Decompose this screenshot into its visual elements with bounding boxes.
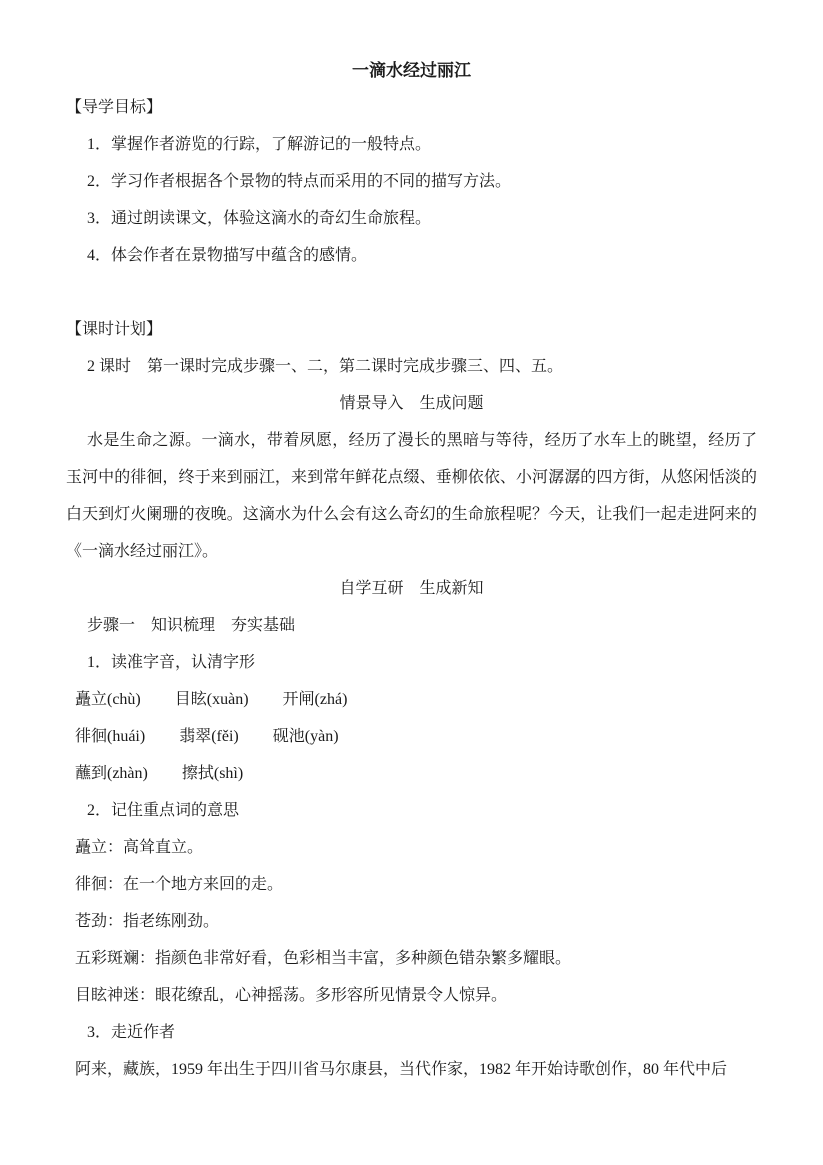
lesson-plan-heading: 【课时计划】 [66, 311, 757, 348]
pinyin-term: 翡翠(fěi) [179, 718, 239, 755]
pinyin-term: 目眩(xuàn) [175, 681, 249, 718]
guide-goal-item-4: 4．体会作者在景物描写中蕴含的感情。 [66, 237, 757, 274]
self-study-heading: 自学互研 生成新知 [66, 570, 757, 607]
pinyin-term: 蘸到(zhàn) [75, 755, 148, 792]
blank-line [66, 274, 757, 311]
pinyin-term: 矗立(chù) [75, 681, 141, 718]
guide-goal-item-3: 3．通过朗读课文，体验这滴水的奇幻生命旅程。 [66, 200, 757, 237]
author-intro: 阿来，藏族，1959 年出生于四川省马尔康县，当代作家，1982 年开始诗歌创作… [66, 1051, 757, 1088]
pinyin-row-2: 徘徊(huái) 翡翠(fěi) 砚池(yàn) [66, 718, 757, 755]
pinyin-term: 砚池(yàn) [273, 718, 339, 755]
document-page: 一滴水经过丽江 【导学目标】 1．掌握作者游览的行踪，了解游记的一般特点。 2．… [0, 0, 823, 1165]
pinyin-term: 擦拭(shì) [182, 755, 243, 792]
scene-intro-heading: 情景导入 生成问题 [66, 385, 757, 422]
guide-goal-item-2: 2．学习作者根据各个景物的特点而采用的不同的描写方法。 [66, 163, 757, 200]
guide-goals-heading: 【导学目标】 [66, 89, 757, 126]
key-word-definition-5: 目眩神迷：眼花缭乱，心神摇荡。多形容所见情景令人惊异。 [66, 977, 757, 1014]
key-word-definition-1: 矗立：高耸直立。 [66, 829, 757, 866]
key-word-definition-2: 徘徊：在一个地方来回的走。 [66, 866, 757, 903]
pinyin-term: 开闸(zhá) [283, 681, 348, 718]
document-title: 一滴水经过丽江 [66, 52, 757, 89]
guide-goal-item-1: 1．掌握作者游览的行踪，了解游记的一般特点。 [66, 126, 757, 163]
pinyin-row-1: 矗立(chù) 目眩(xuàn) 开闸(zhá) [66, 681, 757, 718]
step-one-heading: 步骤一 知识梳理 夯实基础 [66, 607, 757, 644]
pinyin-term: 徘徊(huái) [75, 718, 145, 755]
lesson-plan-content: 2 课时 第一课时完成步骤一、二，第二课时完成步骤三、四、五。 [66, 348, 757, 385]
key-word-definition-3: 苍劲：指老练刚劲。 [66, 903, 757, 940]
author-title: 3．走近作者 [66, 1014, 757, 1051]
scene-intro-paragraph: 水是生命之源。一滴水，带着夙愿，经历了漫长的黑暗与等待，经历了水车上的眺望，经历… [66, 422, 757, 570]
pronunciation-title: 1．读准字音，认清字形 [66, 644, 757, 681]
key-words-title: 2．记住重点词的意思 [66, 792, 757, 829]
key-word-definition-4: 五彩斑斓：指颜色非常好看，色彩相当丰富，多种颜色错杂繁多耀眼。 [66, 940, 757, 977]
pinyin-row-3: 蘸到(zhàn) 擦拭(shì) [66, 755, 757, 792]
